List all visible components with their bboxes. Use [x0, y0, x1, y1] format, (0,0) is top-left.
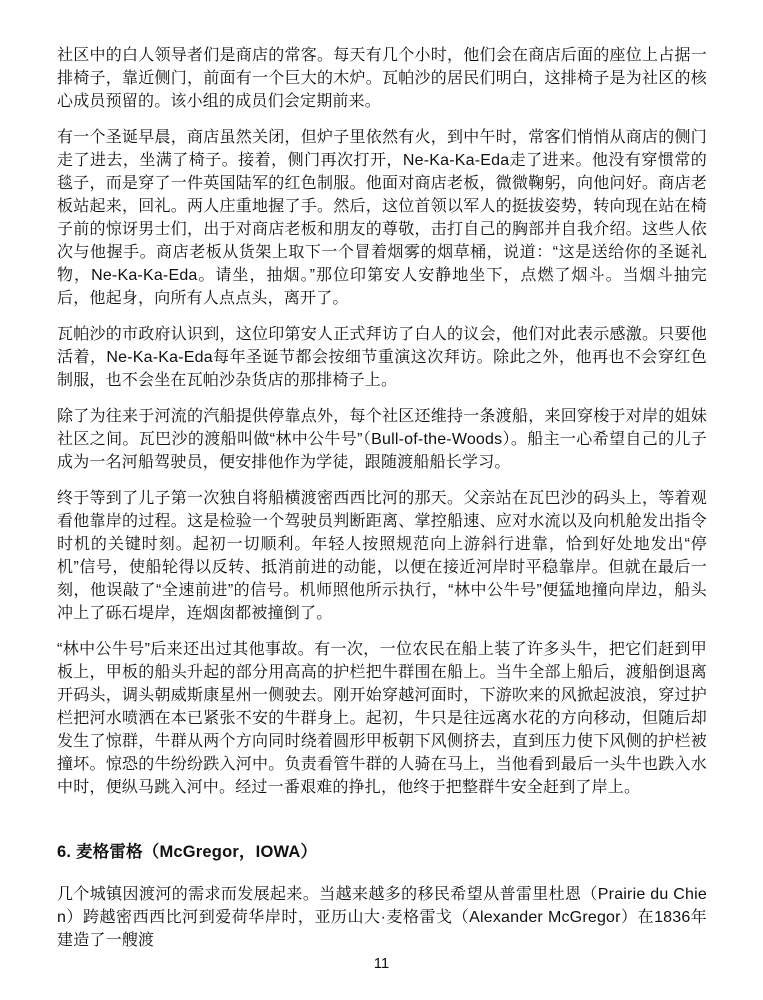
paragraph: 有一个圣诞早晨，商店虽然关闭，但炉子里依然有火，到中午时，常客们悄悄从商店的侧门…: [57, 126, 707, 310]
paragraph: “林中公牛号”后来还出过其他事故。有一次，一位农民在船上装了许多头牛，把它们赶到…: [57, 638, 707, 799]
document-page: 社区中的白人领导者们是商店的常客。每天有几个小时，他们会在商店后面的座位上占据一…: [0, 0, 763, 1000]
section-heading: 6. 麦格雷格（McGregor，IOWA）: [57, 841, 707, 864]
page-number: 11: [0, 955, 763, 973]
paragraph: 社区中的白人领导者们是商店的常客。每天有几个小时，他们会在商店后面的座位上占据一…: [57, 44, 707, 113]
paragraph: 几个城镇因渡河的需求而发展起来。当越来越多的移民希望从普雷里杜恩（Prairie…: [57, 883, 707, 952]
paragraph: 除了为往来于河流的汽船提供停靠点外，每个社区还维持一条渡船，来回穿梭于对岸的姐妹…: [57, 405, 707, 474]
paragraph: 瓦帕沙的市政府认识到，这位印第安人正式拜访了白人的议会，他们对此表示感激。只要他…: [57, 323, 707, 392]
paragraph: 终于等到了儿子第一次独自将船横渡密西西比河的那天。父亲站在瓦巴沙的码头上，等着观…: [57, 487, 707, 625]
document-content: 社区中的白人领导者们是商店的常客。每天有几个小时，他们会在商店后面的座位上占据一…: [57, 44, 707, 965]
